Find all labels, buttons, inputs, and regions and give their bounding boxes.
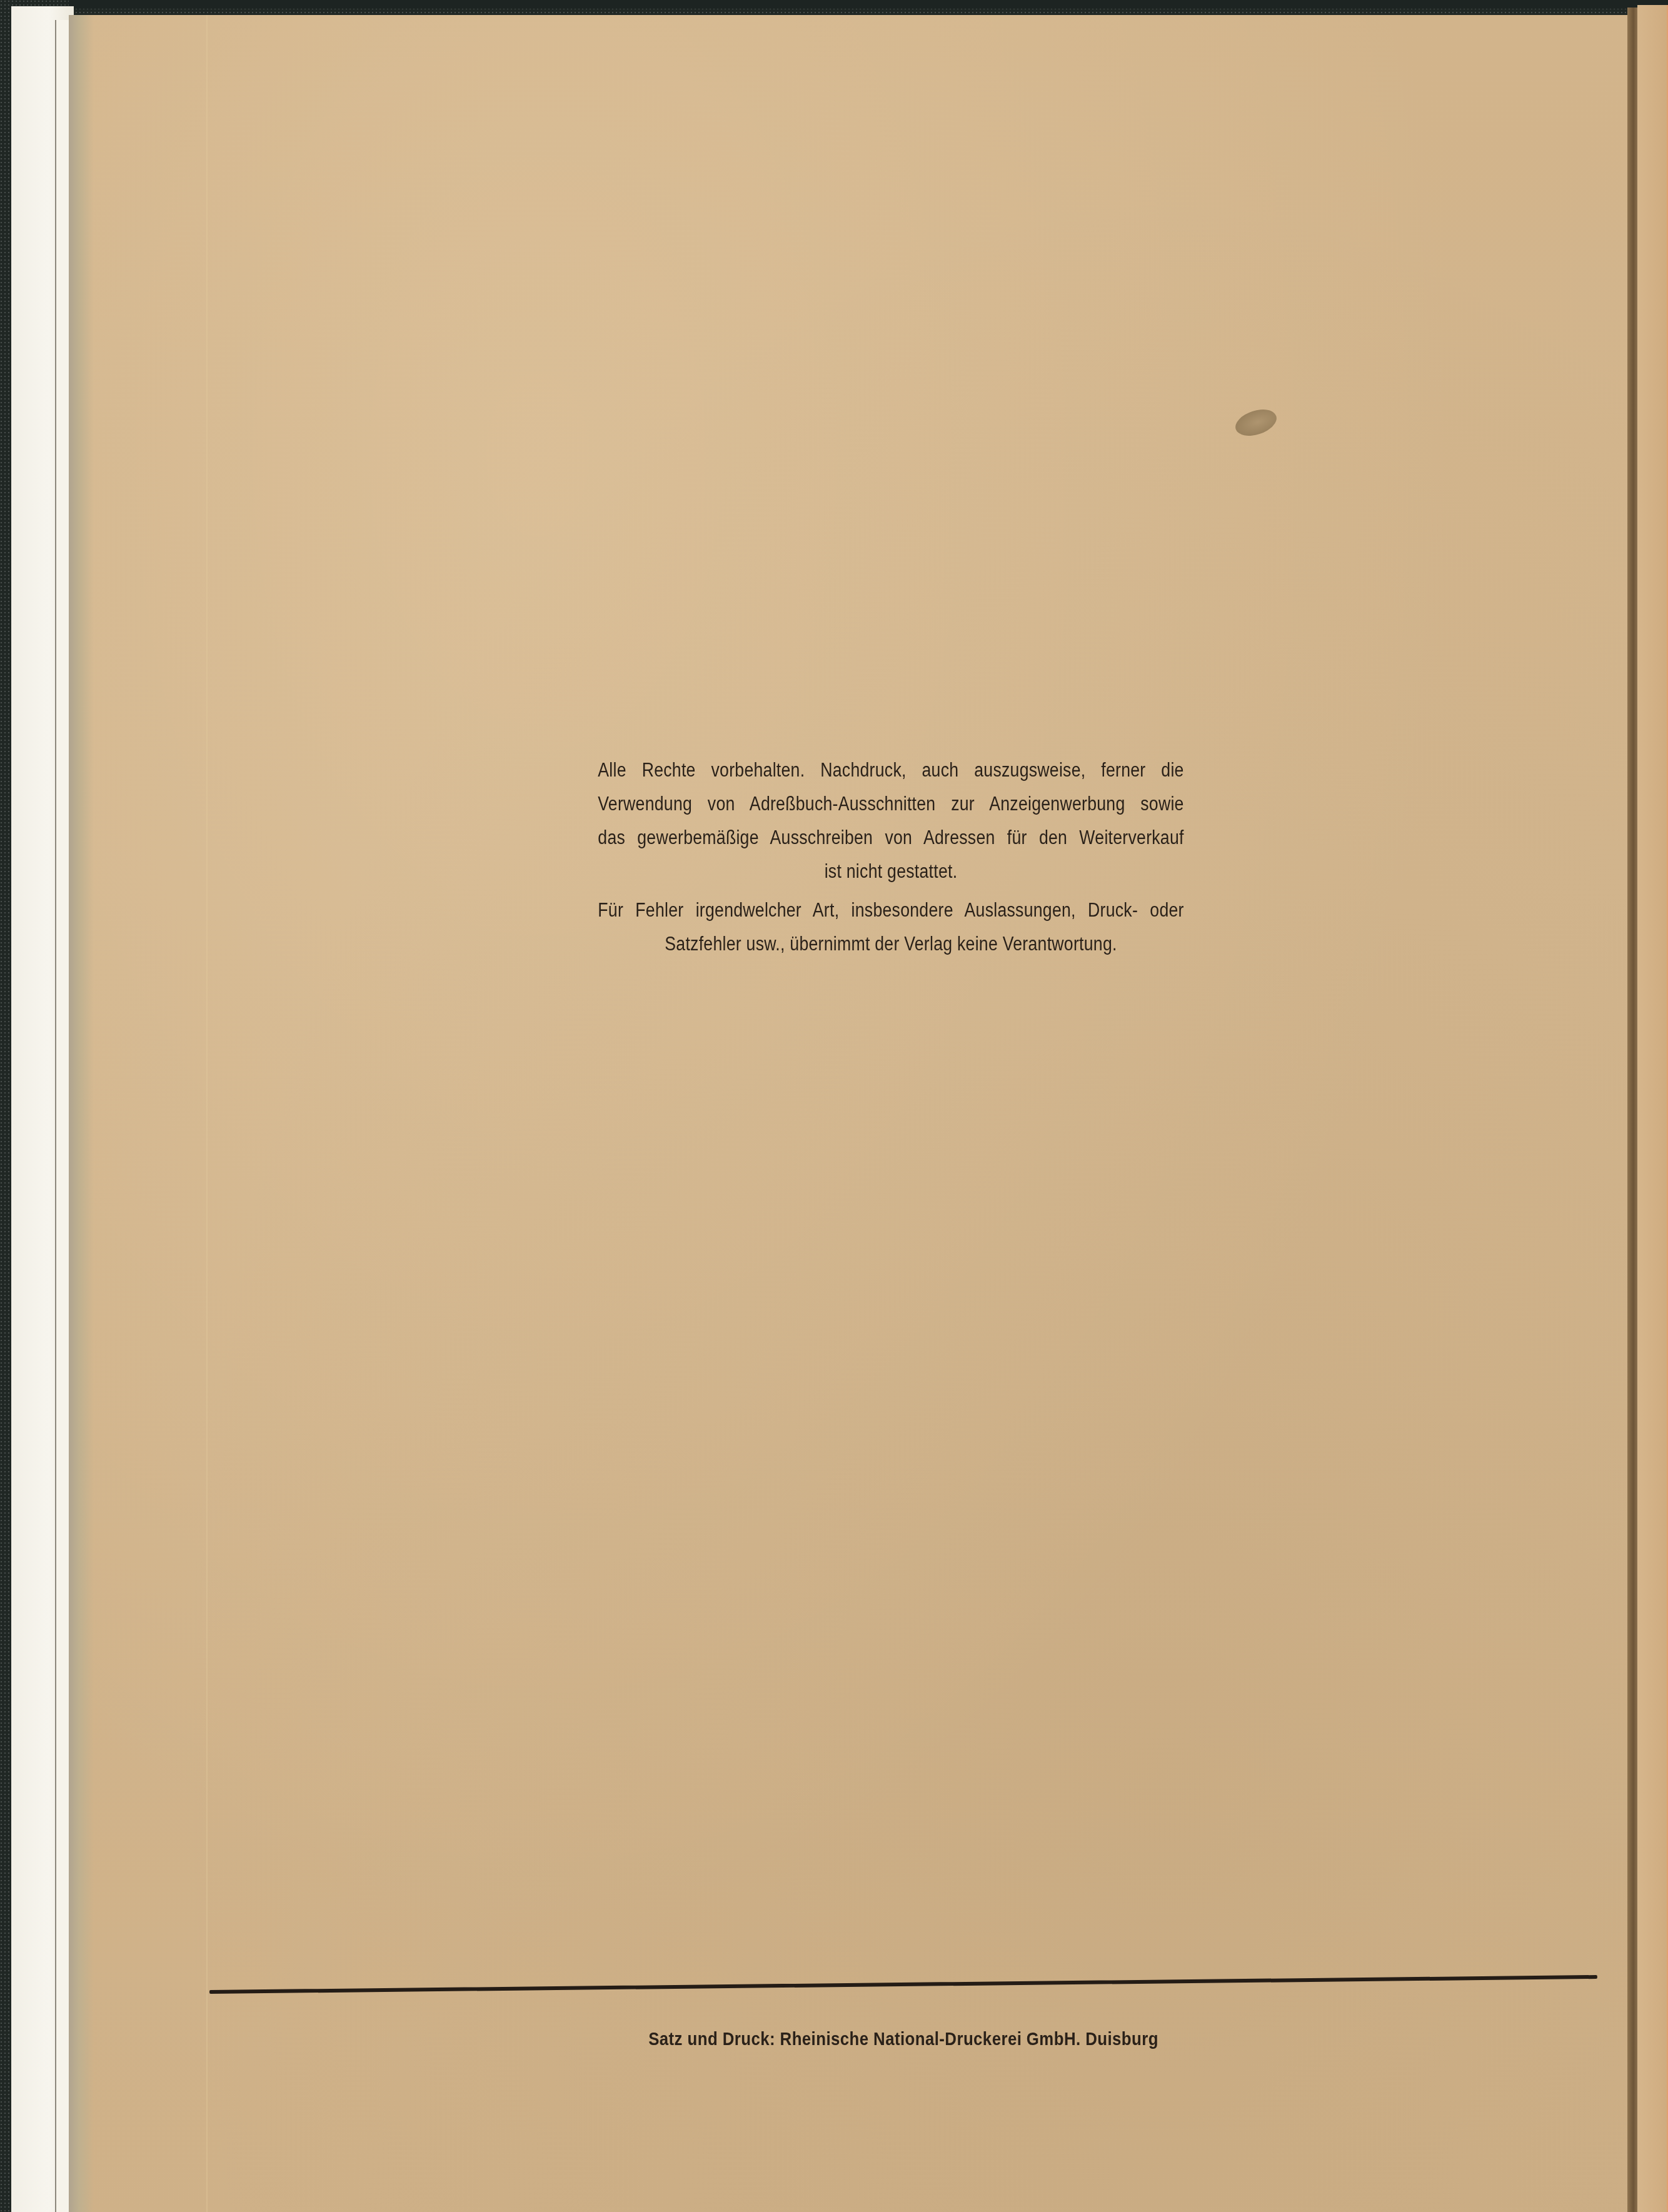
notice-line: Für Fehler irgendwelcher Art, insbesonde… [598,893,1183,927]
rights-reserved-paragraph: Alle Rechte vorbehalten. Nachdruck, auch… [550,753,1232,888]
copyright-notice: Alle Rechte vorbehalten. Nachdruck, auch… [550,753,1232,961]
liability-disclaimer-paragraph: Für Fehler irgendwelcher Art, insbesonde… [550,893,1232,961]
notice-line: ist nicht gestattet. [598,855,1183,888]
page-left-edge-wear [69,15,94,2212]
printer-imprint: Satz und Druck: Rheinische National-Druc… [621,2029,1186,2050]
notice-line: das gewerbemäßige Ausschreiben von Adres… [598,821,1183,855]
page-fold-line [206,15,208,2212]
next-page-edge [1637,5,1668,2212]
page [69,15,1632,2212]
endpaper-inner-sheet [55,20,70,2212]
page-right-edge-shadow [1627,8,1637,2212]
notice-line: Verwendung von Adreßbuch-Ausschnitten zu… [598,787,1183,821]
notice-line: Satzfehler usw., übernimmt der Verlag ke… [598,927,1183,961]
binding-top-edge [69,0,1668,9]
notice-line: Alle Rechte vorbehalten. Nachdruck, auch… [598,753,1183,787]
